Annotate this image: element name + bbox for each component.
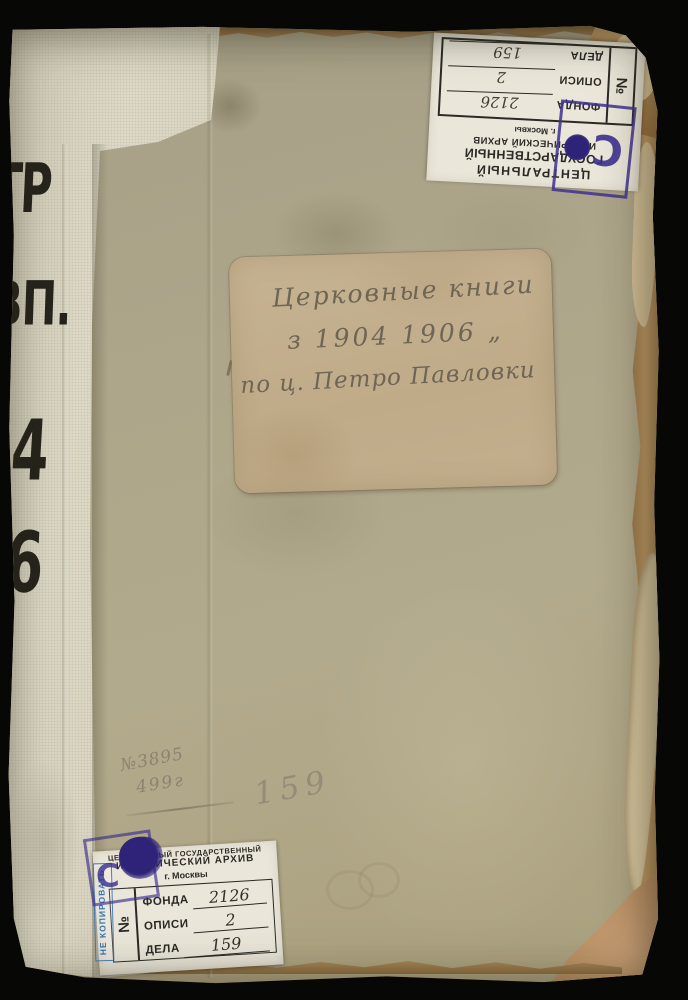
field-label: ДЕЛА <box>566 46 604 63</box>
field-value: 2 <box>448 66 556 87</box>
pencil-underline <box>126 801 233 816</box>
sf-square-stamp: С <box>552 99 637 198</box>
title-label: Церковные книги з 1904 1906 „ по ц. Петр… <box>229 249 557 494</box>
field-value: 159 <box>183 933 270 958</box>
ring-stain <box>358 862 400 898</box>
field-label: ОПИСИ <box>144 918 193 936</box>
field-value: 159 <box>449 41 567 62</box>
sf-stamp-dot-icon <box>563 133 592 162</box>
title-line-1: Церковные книги <box>271 270 535 313</box>
pencil-year-note: 499г <box>135 770 187 797</box>
book: ТР ВП. 4 6 Церковные книги з 1904 1906 „… <box>6 24 662 986</box>
archive-stamp-label-top: ЦЕНТРАЛЬНЫЙ ГОСУДАРСТВЕННЫЙ ИСТОРИЧЕСКИЙ… <box>426 33 645 192</box>
field-label: ОПИСИ <box>555 70 602 87</box>
number-sign: № <box>613 77 631 95</box>
title-line-3: по ц. Петро Павловки <box>240 357 537 399</box>
sf-stamp-letter: С <box>590 125 626 177</box>
spine-mark-2: ВП. <box>0 268 72 339</box>
peeled-paper-strip <box>619 551 667 897</box>
field-value: 2126 <box>446 90 552 111</box>
spine-mark-4: 6 <box>4 514 46 612</box>
spine-mark-3: 4 <box>8 402 51 500</box>
book-cover-photo: ТР ВП. 4 6 Церковные книги з 1904 1906 „… <box>0 0 688 1000</box>
cover-crease <box>206 34 213 978</box>
torn-edge-top <box>218 26 630 39</box>
sf-stamp-letter: С <box>95 856 121 895</box>
number-sign: № <box>115 916 133 934</box>
field-label: ДЕЛА <box>145 942 184 959</box>
pencil-case-number: 159 <box>251 764 333 813</box>
title-line-2: з 1904 1906 „ <box>286 316 504 355</box>
spine-mark-1: ТР <box>0 150 52 229</box>
archive-stamp-label-bottom: ЦЕНТРАЛЬНЫЙ ГОСУДАРСТВЕННЫЙ ИСТОРИЧЕСКИЙ… <box>92 840 283 975</box>
